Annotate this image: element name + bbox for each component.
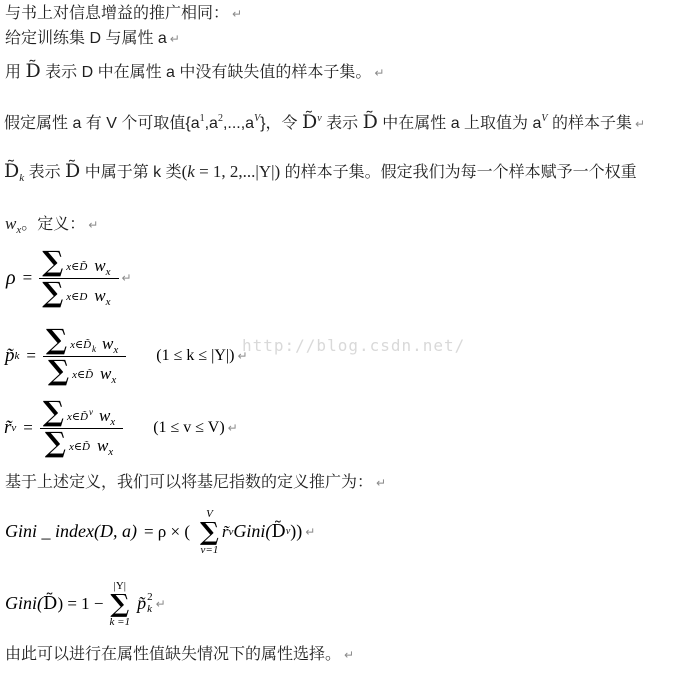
paragraph-4-text: ,a — [205, 115, 218, 132]
math-var-w: w — [97, 437, 108, 454]
paragraph-2-text: 给定训练集 D 与属性 a — [5, 30, 167, 47]
p-tilde-symbol: p̃ — [137, 593, 146, 614]
paragraph-4-text: 表示 — [322, 115, 363, 132]
sum-limit-sup: v — [89, 407, 93, 417]
sum-icon: ∑ — [110, 592, 129, 616]
fraction: ∑x∈D̃kwx ∑x∈D̃wx — [43, 326, 126, 386]
d-tilde-symbol: D̃ — [25, 60, 40, 82]
range-condition: (1 ≤ k ≤ |Y|) — [156, 347, 234, 365]
paragraph-3-text: 用 — [5, 64, 25, 81]
fraction-denominator: ∑x∈Dwx — [39, 279, 118, 309]
subscript-x: x — [106, 266, 111, 278]
weight-term: wx — [94, 257, 110, 274]
subscript-k: k — [147, 604, 152, 616]
equals-rho-times: = ρ × ( — [144, 522, 190, 542]
equals-one-minus: ) = 1 − — [57, 594, 103, 614]
sum-with-limits: |Y| ∑ k =1 — [110, 580, 131, 628]
fraction-numerator: ∑x∈D̃wx — [39, 248, 118, 279]
formula-pk: p̃k = ∑x∈D̃kwx ∑x∈D̃wx (1 ≤ k ≤ |Y|) ↵ — [5, 326, 248, 386]
paragraph-7-text: 基于上述定义，我们可以将基尼指数的定义推广为： — [5, 474, 373, 491]
math-text: = 1, 2,... — [195, 162, 256, 181]
math-var-w: w — [94, 257, 105, 274]
formula-rho: ρ = ∑x∈D̃wx ∑x∈Dwx ↵ — [6, 248, 132, 308]
fraction-denominator: ∑x∈D̃wx — [42, 429, 121, 459]
d-tilde-symbol: D̃ — [43, 595, 57, 613]
sum-limit: x∈D̃ — [69, 440, 90, 453]
paragraph-mark-icon: ↵ — [232, 7, 242, 21]
sum-lower-limit: v=1 — [201, 544, 219, 556]
paragraph-4-text: ,...,a — [223, 115, 254, 132]
fraction-denominator: ∑x∈D̃wx — [45, 357, 124, 387]
sum-icon: ∑ — [42, 249, 63, 276]
sup-sub-stack: 2 k — [147, 592, 153, 615]
csdn-watermark: http://blog.csdn.net/ — [242, 336, 465, 355]
paragraph-mark-icon: ↵ — [88, 218, 98, 232]
math-var-w: w — [94, 287, 105, 304]
paragraph-8: 由此可以进行在属性值缺失情况下的属性选择。↵ — [5, 645, 354, 665]
gini-index-lhs: Gini _ index(D, a) — [5, 521, 137, 542]
paragraph-4-text: 的样本子集 — [548, 115, 632, 132]
d-tilde-symbol: D̃ — [363, 111, 378, 133]
range-condition: (1 ≤ v ≤ V) — [153, 419, 224, 437]
paragraph-3-text: 表示 D 中在属性 a 中没有缺失值的样本子集。 — [41, 64, 372, 81]
paragraph-1: 与书上对信息增益的推广相同：↵ — [5, 4, 242, 24]
paragraph-mark-icon: ↵ — [376, 476, 386, 490]
paragraph-7: 基于上述定义，我们可以将基尼指数的定义推广为：↵ — [5, 473, 386, 493]
weight-term: wx — [97, 437, 113, 454]
d-tilde-symbol: D̃ — [65, 160, 80, 182]
cardinality-Y: |Y| — [255, 162, 274, 181]
math-var-w: w — [102, 335, 113, 352]
paragraph-mark-icon: ↵ — [122, 271, 132, 285]
formula-gini-index: Gini _ index(D, a) = ρ × ( V ∑ v=1 r̃v G… — [5, 508, 315, 556]
equals-sign: = — [23, 418, 33, 438]
closing-parens: )) — [290, 521, 302, 542]
p-tilde-symbol: p̃ — [5, 345, 15, 367]
sum-lower-limit: k =1 — [110, 616, 131, 628]
sum-icon: ∑ — [48, 358, 69, 385]
d-tilde-symbol: D̃ — [4, 160, 19, 182]
paragraph-4-text: 中在属性 a 上取值为 a — [378, 115, 542, 132]
sum-limit: x∈D — [66, 290, 87, 303]
sum-limit: x∈D̃ — [72, 368, 93, 381]
paragraph-6: wx。定义：↵ — [5, 213, 98, 238]
document-page: 与书上对信息增益的推广相同：↵ 给定训练集 D 与属性 a↵ 用 D̃ 表示 D… — [0, 0, 679, 675]
weight-term: wx — [100, 365, 116, 382]
fraction: ∑x∈D̃vwx ∑x∈D̃wx — [40, 398, 123, 458]
gini-function: Gini( — [233, 521, 271, 542]
sum-icon: ∑ — [200, 520, 219, 544]
paragraph-4-text: }，令 — [260, 115, 302, 132]
d-tilde-symbol: D̃ — [302, 111, 317, 133]
sum-icon: ∑ — [46, 327, 67, 354]
paragraph-mark-icon: ↵ — [228, 421, 238, 435]
paragraph-mark-icon: ↵ — [305, 525, 315, 539]
subscript-v: v — [11, 422, 16, 434]
sum-icon: ∑ — [45, 430, 66, 457]
weight-term: wx — [99, 407, 115, 424]
gini-function: Gini( — [5, 593, 43, 614]
subscript-x: x — [110, 416, 115, 428]
weight-term: wx — [102, 335, 118, 352]
paragraph-5-text: 的样本子集。假定我们为每一个样本赋予一个权重 — [280, 164, 636, 181]
r-tilde-symbol: r̃ — [222, 522, 229, 542]
sum-with-limits: V ∑ v=1 — [200, 508, 219, 556]
d-tilde-symbol: D̃ — [271, 523, 285, 541]
paragraph-mark-icon: ↵ — [374, 66, 384, 80]
subscript-x: x — [111, 374, 116, 386]
paragraph-2: 给定训练集 D 与属性 a↵ — [5, 29, 180, 49]
rho-symbol: ρ — [6, 267, 16, 290]
subscript-x: x — [113, 344, 118, 356]
sum-limit-sub: k — [92, 344, 96, 354]
paragraph-4: 假定属性 a 有 V 个可取值{a1,a2,...,aV}，令 D̃v 表示 D… — [4, 113, 645, 134]
paragraph-4-text: 假定属性 a 有 V 个可取值{a — [4, 115, 200, 132]
weight-term: wx — [94, 287, 110, 304]
r-tilde-symbol: r̃ — [4, 417, 11, 439]
paragraph-mark-icon: ↵ — [635, 117, 645, 131]
paragraph-8-text: 由此可以进行在属性值缺失情况下的属性选择。 — [5, 646, 341, 663]
fraction-numerator: ∑x∈D̃kwx — [43, 326, 126, 357]
subscript-x: x — [108, 446, 113, 458]
equals-sign: = — [23, 268, 33, 288]
paragraph-3: 用 D̃ 表示 D 中在属性 a 中没有缺失值的样本子集。↵ — [5, 62, 384, 83]
paragraph-5-text: 表示 — [24, 164, 65, 181]
paragraph-6-text: 。定义： — [21, 216, 85, 233]
math-var-w: w — [5, 214, 16, 233]
subscript-k: k — [15, 350, 20, 362]
math-var-k: k — [187, 162, 195, 181]
subscript-x: x — [106, 296, 111, 308]
fraction: ∑x∈D̃wx ∑x∈Dwx — [39, 248, 118, 308]
paragraph-mark-icon: ↵ — [156, 597, 166, 611]
paragraph-mark-icon: ↵ — [170, 32, 180, 46]
paragraph-1-text: 与书上对信息增益的推广相同： — [5, 5, 229, 22]
paragraph-5: D̃k 表示 D̃ 中属于第 k 类(k = 1, 2,...|Y|) 的样本子… — [4, 161, 637, 186]
formula-gini-d: Gini(D̃) = 1 − |Y| ∑ k =1 p̃ 2 k ↵ — [5, 580, 166, 628]
sum-icon: ∑ — [42, 280, 63, 307]
sum-limit: x∈D̃ — [70, 338, 91, 351]
math-var-w: w — [100, 365, 111, 382]
paragraph-mark-icon: ↵ — [344, 648, 354, 662]
fraction-numerator: ∑x∈D̃vwx — [40, 398, 123, 429]
formula-rv: r̃v = ∑x∈D̃vwx ∑x∈D̃wx (1 ≤ v ≤ V) ↵ — [4, 398, 238, 458]
math-var-w: w — [99, 407, 110, 424]
sum-icon: ∑ — [43, 399, 64, 426]
sum-limit: x∈D̃ — [67, 410, 88, 423]
equals-sign: = — [26, 346, 36, 366]
sum-limit: x∈D̃ — [66, 260, 87, 273]
paragraph-5-text: 中属于第 k 类 — [80, 164, 181, 181]
